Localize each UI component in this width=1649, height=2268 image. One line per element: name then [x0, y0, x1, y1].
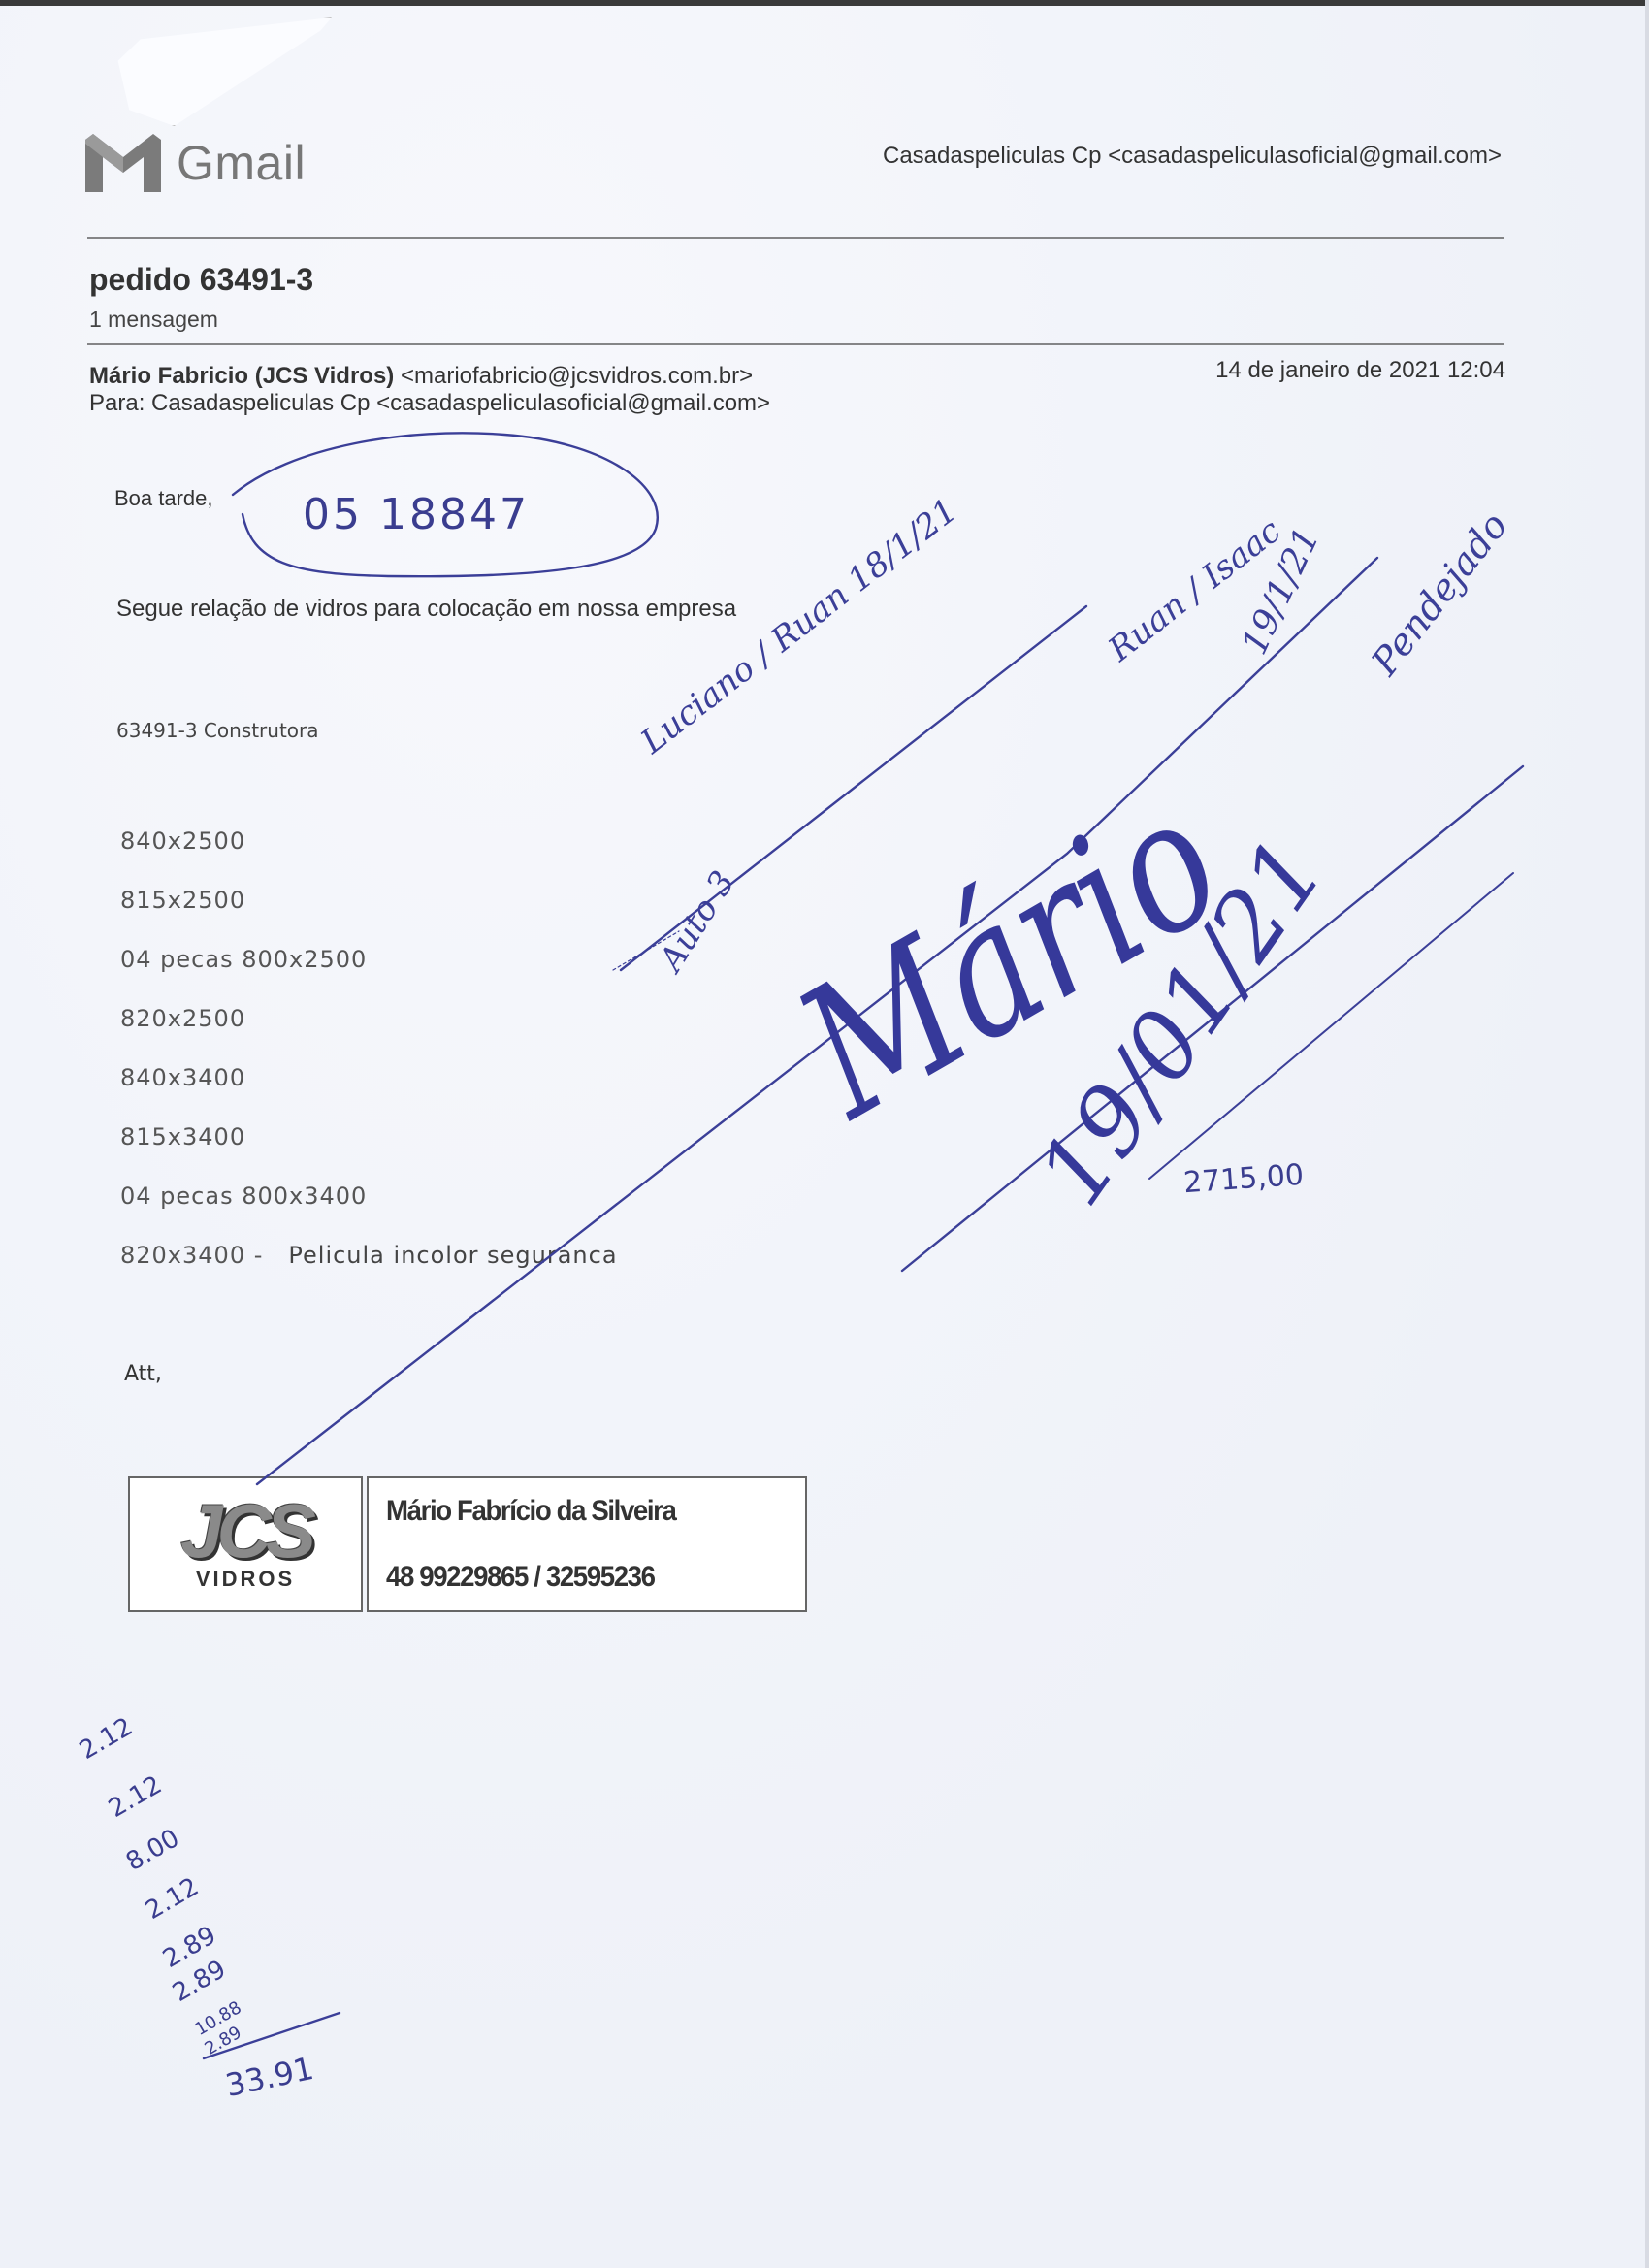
- gmail-logo: Gmail: [85, 134, 306, 192]
- list-item: 815x3400: [120, 1122, 618, 1182]
- item-size: 820x3400 -: [120, 1242, 263, 1269]
- list-item: 04 pecas 800x2500: [120, 945, 618, 1004]
- intro-text: Segue relação de vidros para colocação e…: [116, 596, 736, 623]
- sender-line: Mário Fabricio (JCS Vidros) <mariofabric…: [89, 363, 753, 390]
- signature-info: Mário Fabrício da Silveira 48 99229865 /…: [367, 1476, 807, 1612]
- handwritten-circled-number: 05 18847: [303, 490, 530, 539]
- email-signature: JCS VIDROS Mário Fabrício da Silveira 48…: [128, 1476, 807, 1612]
- logo-subtext: VIDROS: [196, 1567, 295, 1592]
- item-size: 820x2500: [120, 1005, 245, 1032]
- order-reference: 63491-3 Construtora: [116, 719, 319, 742]
- list-item: 820x3400 -Pelicula incolor seguranca: [120, 1241, 618, 1300]
- message-date: 14 de janeiro de 2021 12:04: [1215, 357, 1505, 384]
- item-size: 04 pecas 800x2500: [120, 946, 367, 973]
- item-size: 04 pecas 800x3400: [120, 1183, 367, 1210]
- item-spec: Pelicula incolor seguranca: [288, 1242, 617, 1269]
- item-size: 815x3400: [120, 1123, 245, 1150]
- account-identity: Casadaspeliculas Cp <casadaspeliculasofi…: [883, 143, 1502, 170]
- scan-edge-top: [0, 0, 1649, 6]
- subject-divider: [87, 343, 1503, 345]
- item-size: 840x2500: [120, 827, 245, 855]
- signature-phones: 48 99229865 / 32595236: [386, 1561, 771, 1594]
- list-item: 840x3400: [120, 1063, 618, 1122]
- item-size: 815x2500: [120, 887, 245, 914]
- glass-items-list: 840x2500 815x2500 04 pecas 800x2500 820x…: [120, 826, 618, 1300]
- header-divider: [87, 237, 1503, 239]
- jcs-vidros-logo: JCS VIDROS: [128, 1476, 363, 1612]
- item-size: 840x3400: [120, 1064, 245, 1091]
- sender-email: <mariofabricio@jcsvidros.com.br>: [401, 363, 753, 389]
- list-item: 840x2500: [120, 826, 618, 886]
- logo-text: JCS: [180, 1497, 310, 1565]
- closing: Att,: [124, 1362, 162, 1386]
- message-count: 1 mensagem: [89, 307, 218, 333]
- greeting: Boa tarde,: [114, 486, 213, 511]
- gmail-wordmark: Gmail: [177, 135, 306, 191]
- scan-edge-right: [1645, 0, 1649, 2268]
- list-item: 815x2500: [120, 886, 618, 945]
- email-subject: pedido 63491-3: [89, 262, 313, 298]
- recipient-line: Para: Casadaspeliculas Cp <casadaspelicu…: [89, 390, 770, 417]
- gmail-m-icon: [85, 134, 161, 192]
- sender-name: Mário Fabricio (JCS Vidros): [89, 363, 394, 389]
- list-item: 820x2500: [120, 1004, 618, 1063]
- signature-name: Mário Fabrício da Silveira: [386, 1495, 771, 1528]
- list-item: 04 pecas 800x3400: [120, 1182, 618, 1241]
